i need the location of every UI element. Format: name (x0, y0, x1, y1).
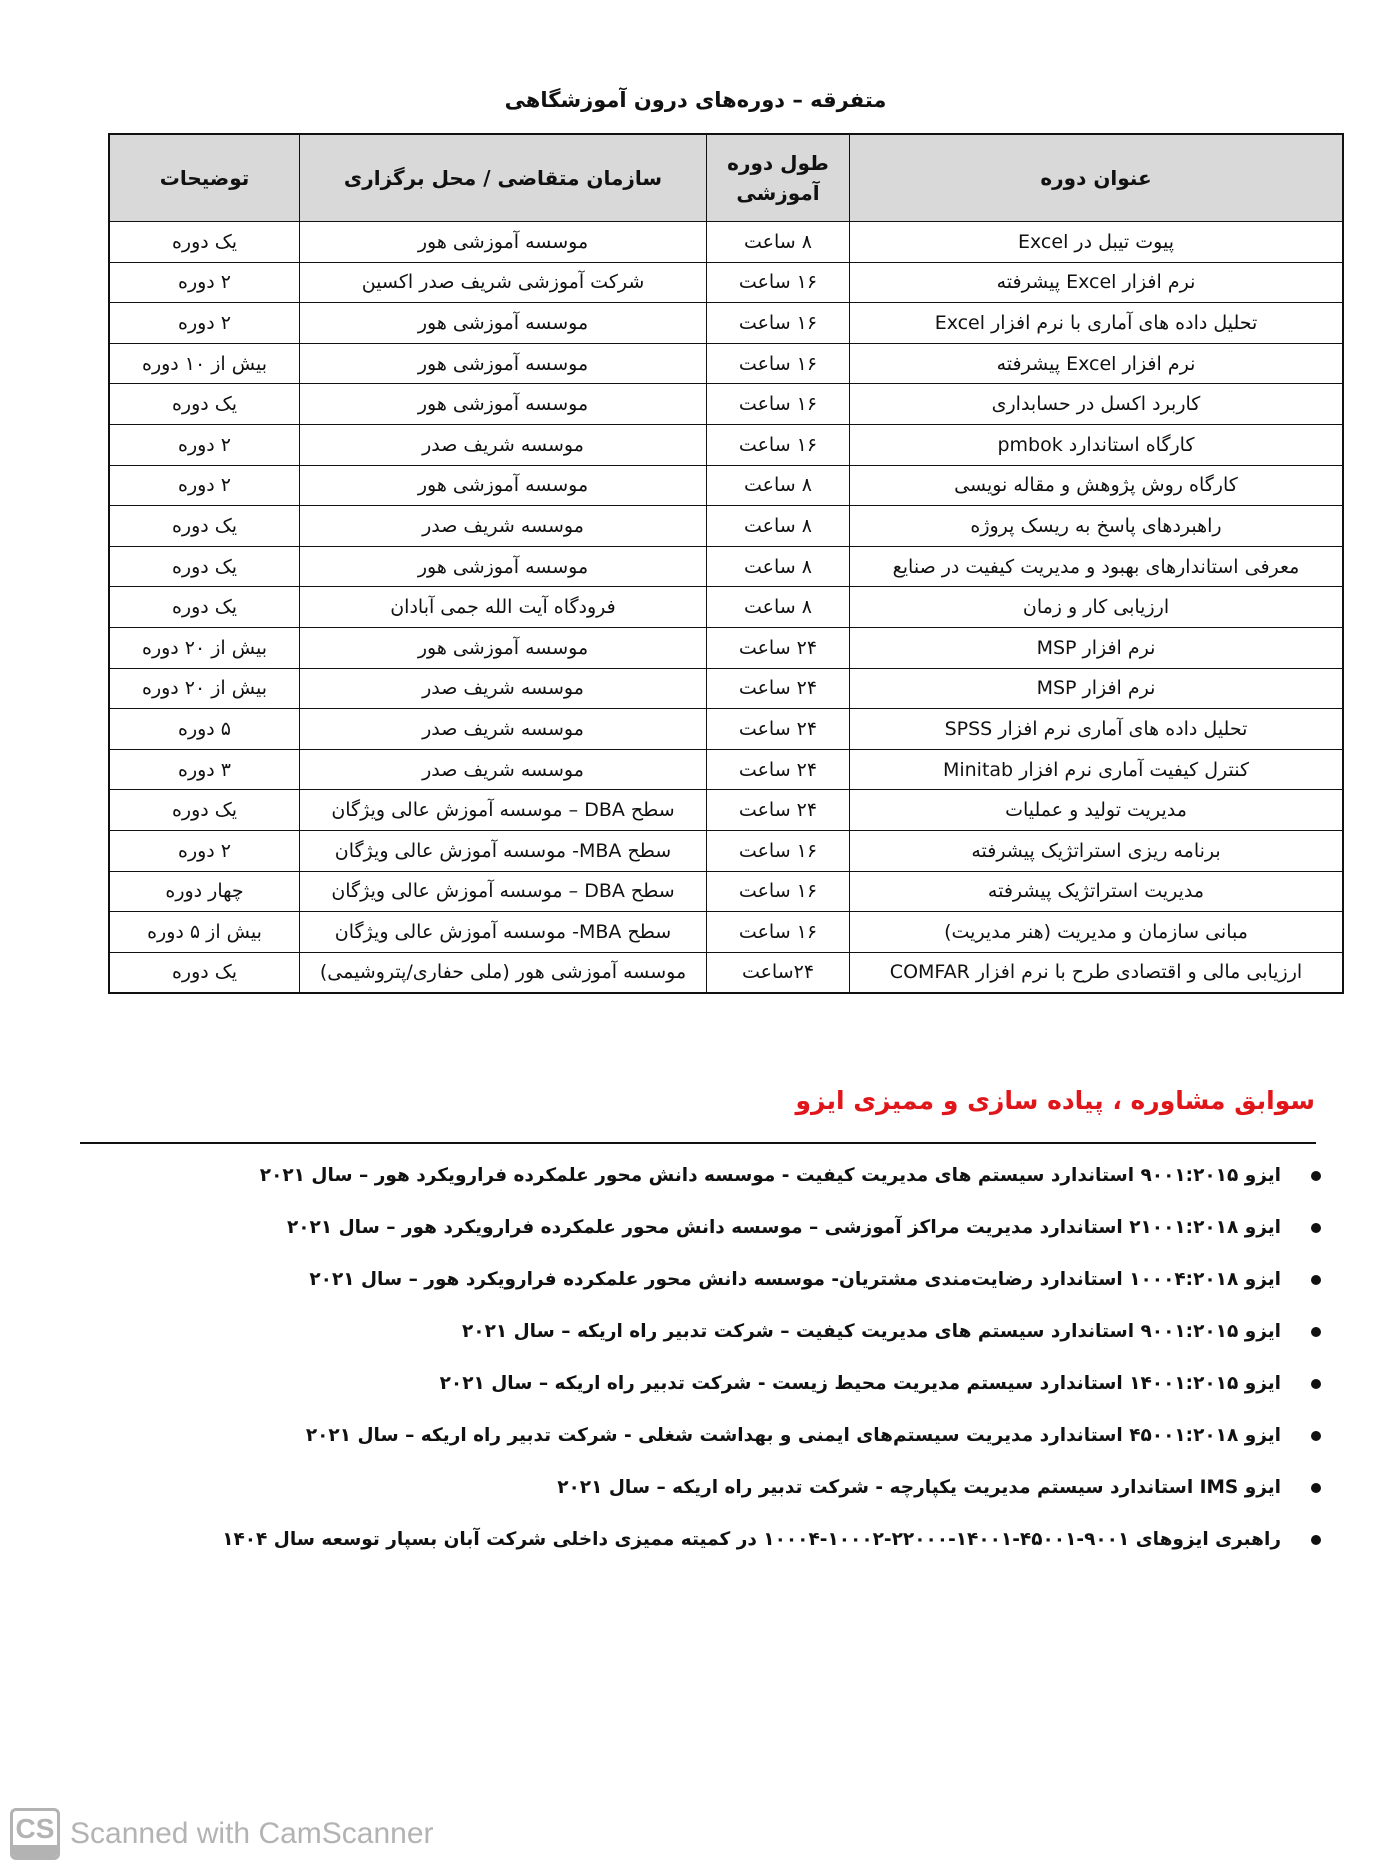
cell-course-title: برنامه ریزی استراتژیک پیشرفته (850, 830, 1344, 871)
cell-duration: ۲۴ ساعت (707, 668, 850, 709)
cell-organization: موسسه شریف صدر (300, 709, 707, 750)
cell-course-title: مدیریت تولید و عملیات (850, 790, 1344, 831)
table-row: ارزیابی مالی و اقتصادی طرح با نرم افزار … (109, 952, 1343, 993)
bullet-icon (1311, 1379, 1321, 1389)
cell-notes: ۲ دوره (109, 424, 300, 465)
cell-duration: ۲۴ ساعت (707, 749, 850, 790)
cell-notes: یک دوره (109, 790, 300, 831)
bullet-icon (1311, 1275, 1321, 1285)
cell-organization: سطح DBA – موسسه آموزش عالی ویژگان (300, 871, 707, 912)
table-row: معرفی استاندارهای بهبود و مدیریت کیفیت د… (109, 546, 1343, 587)
cell-duration: ۸ ساعت (707, 546, 850, 587)
cell-course-title: نرم افزار Excel پیشرفته (850, 343, 1344, 384)
cell-course-title: تحلیل داده های آماری نرم افزار SPSS (850, 709, 1344, 750)
list-item: راهبری ایزوهای ۹۰۰۱-۴۵۰۰۱-۱۴۰۰۱-۲۲۰۰۰-۱۰… (222, 1514, 1321, 1566)
cell-notes: یک دوره (109, 952, 300, 993)
list-item: ایزو ۹۰۰۱:۲۰۱۵ استاندارد سیستم های مدیری… (222, 1306, 1321, 1358)
cell-duration: ۸ ساعت (707, 465, 850, 506)
table-row: تحلیل داده های آماری نرم افزار SPSS۲۴ سا… (109, 709, 1343, 750)
table-row: نرم افزار MSP۲۴ ساعتموسسه شریف صدربیش از… (109, 668, 1343, 709)
bullet-icon (1311, 1171, 1321, 1181)
header-course-title: عنوان دوره (850, 134, 1344, 222)
cell-course-title: کارگاه روش پژوهش و مقاله نویسی (850, 465, 1344, 506)
table-row: راهبردهای پاسخ به ریسک پروژه۸ ساعتموسسه … (109, 506, 1343, 547)
cell-duration: ۱۶ ساعت (707, 384, 850, 425)
cell-duration: ۸ ساعت (707, 222, 850, 263)
table-row: تحلیل داده های آماری با نرم افزار Excel۱… (109, 303, 1343, 344)
cell-organization: فرودگاه آیت الله جمی آبادان (300, 587, 707, 628)
list-item: ایزو ۱۴۰۰۱:۲۰۱۵ استاندارد سیستم مدیریت م… (222, 1358, 1321, 1410)
cell-duration: ۸ ساعت (707, 506, 850, 547)
cell-course-title: نرم افزار MSP (850, 627, 1344, 668)
list-item-text: ایزو ۹۰۰۱:۲۰۱۵ استاندارد سیستم های مدیری… (260, 1150, 1281, 1202)
page-title: متفرقه – دوره‌های درون آموزشگاهی (0, 88, 1391, 112)
list-item-text: ایزو ۹۰۰۱:۲۰۱۵ استاندارد سیستم های مدیری… (462, 1306, 1281, 1358)
iso-section-heading: سوابق مشاوره ، پیاده سازی و ممیزی ایزو (795, 1086, 1315, 1115)
cell-organization: سطح MBA- موسسه آموزش عالی ویژگان (300, 830, 707, 871)
bullet-icon (1311, 1327, 1321, 1337)
cell-course-title: نرم افزار Excel پیشرفته (850, 262, 1344, 303)
cell-organization: موسسه شریف صدر (300, 506, 707, 547)
table-row: برنامه ریزی استراتژیک پیشرفته۱۶ ساعتسطح … (109, 830, 1343, 871)
table-row: پیوت تیبل در Excel۸ ساعتموسسه آموزشی هور… (109, 222, 1343, 263)
cell-course-title: مدیریت استراتژیک پیشرفته (850, 871, 1344, 912)
table-row: کارگاه استاندارد pmbok۱۶ ساعتموسسه شریف … (109, 424, 1343, 465)
cell-duration: ۱۶ ساعت (707, 830, 850, 871)
list-item: ایزو ۴۵۰۰۱:۲۰۱۸ استاندارد مدیریت سیستم‌ه… (222, 1410, 1321, 1462)
cell-organization: سطح DBA – موسسه آموزش عالی ویژگان (300, 790, 707, 831)
cell-organization: سطح MBA- موسسه آموزش عالی ویژگان (300, 912, 707, 953)
cell-course-title: پیوت تیبل در Excel (850, 222, 1344, 263)
cell-course-title: تحلیل داده های آماری با نرم افزار Excel (850, 303, 1344, 344)
cell-duration: ۱۶ ساعت (707, 303, 850, 344)
cell-duration: ۸ ساعت (707, 587, 850, 628)
table-row: کارگاه روش پژوهش و مقاله نویسی۸ ساعتموسس… (109, 465, 1343, 506)
cell-course-title: کنترل کیفیت آماری نرم افزار Minitab (850, 749, 1344, 790)
cell-course-title: کارگاه استاندارد pmbok (850, 424, 1344, 465)
list-item-text: ایزو ۱۴۰۰۱:۲۰۱۵ استاندارد سیستم مدیریت م… (440, 1358, 1281, 1410)
cell-notes: یک دوره (109, 506, 300, 547)
list-item-text: ایزو ۲۱۰۰۱:۲۰۱۸ استاندارد مدیریت مراکز آ… (287, 1202, 1281, 1254)
cell-duration: ۱۶ ساعت (707, 912, 850, 953)
cell-organization: شرکت آموزشی شریف صدر اکسین (300, 262, 707, 303)
table-row: کاربرد اکسل در حسابداری۱۶ ساعتموسسه آموز… (109, 384, 1343, 425)
table-row: مدیریت استراتژیک پیشرفته۱۶ ساعتسطح DBA –… (109, 871, 1343, 912)
cell-organization: موسسه شریف صدر (300, 668, 707, 709)
cell-notes: ۵ دوره (109, 709, 300, 750)
header-duration: طول دوره آموزشی (707, 134, 850, 222)
cell-notes: چهار دوره (109, 871, 300, 912)
bullet-icon (1311, 1431, 1321, 1441)
cell-notes: بیش از ۲۰ دوره (109, 668, 300, 709)
cell-course-title: ارزیابی مالی و اقتصادی طرح با نرم افزار … (850, 952, 1344, 993)
cell-notes: ۳ دوره (109, 749, 300, 790)
cell-notes: بیش از ۲۰ دوره (109, 627, 300, 668)
cell-notes: بیش از ۱۰ دوره (109, 343, 300, 384)
cell-notes: ۲ دوره (109, 262, 300, 303)
bullet-icon (1311, 1483, 1321, 1493)
list-item: ایزو IMS استاندارد سیستم مدیریت یکپارچه … (222, 1462, 1321, 1514)
table-row: مدیریت تولید و عملیات۲۴ ساعتسطح DBA – مو… (109, 790, 1343, 831)
list-item-text: ایزو ۴۵۰۰۱:۲۰۱۸ استاندارد مدیریت سیستم‌ه… (306, 1410, 1281, 1462)
cell-duration: ۲۴ ساعت (707, 790, 850, 831)
bullet-icon (1311, 1223, 1321, 1233)
cell-organization: موسسه آموزشی هور (300, 343, 707, 384)
cell-organization: موسسه شریف صدر (300, 749, 707, 790)
header-organization: سازمان متقاضی / محل برگزاری (300, 134, 707, 222)
cell-organization: موسسه آموزشی هور (ملی حفاری/پتروشیمی) (300, 952, 707, 993)
cell-organization: موسسه آموزشی هور (300, 384, 707, 425)
cell-organization: موسسه آموزشی هور (300, 222, 707, 263)
cell-organization: موسسه آموزشی هور (300, 465, 707, 506)
cell-notes: یک دوره (109, 587, 300, 628)
cell-duration: ۱۶ ساعت (707, 871, 850, 912)
cell-course-title: راهبردهای پاسخ به ریسک پروژه (850, 506, 1344, 547)
cell-notes: ۲ دوره (109, 830, 300, 871)
cell-course-title: مبانی سازمان و مدیریت (هنر مدیریت) (850, 912, 1344, 953)
list-item: ایزو ۲۱۰۰۱:۲۰۱۸ استاندارد مدیریت مراکز آ… (222, 1202, 1321, 1254)
cell-organization: موسسه آموزشی هور (300, 627, 707, 668)
cell-organization: موسسه آموزشی هور (300, 303, 707, 344)
table-row: کنترل کیفیت آماری نرم افزار Minitab۲۴ سا… (109, 749, 1343, 790)
list-item: ایزو ۱۰۰۰۴:۲۰۱۸ استاندارد رضایت‌مندی مشت… (222, 1254, 1321, 1306)
cell-notes: ۲ دوره (109, 303, 300, 344)
section-divider (80, 1142, 1316, 1144)
table-row: نرم افزار Excel پیشرفته۱۶ ساعتموسسه آموز… (109, 343, 1343, 384)
cell-course-title: معرفی استاندارهای بهبود و مدیریت کیفیت د… (850, 546, 1344, 587)
cell-notes: یک دوره (109, 546, 300, 587)
cell-course-title: ارزیابی کار و زمان (850, 587, 1344, 628)
table-row: نرم افزار MSP۲۴ ساعتموسسه آموزشی هوربیش … (109, 627, 1343, 668)
cell-notes: ۲ دوره (109, 465, 300, 506)
cell-duration: ۱۶ ساعت (707, 262, 850, 303)
list-item: ایزو ۹۰۰۱:۲۰۱۵ استاندارد سیستم های مدیری… (222, 1150, 1321, 1202)
cell-notes: یک دوره (109, 222, 300, 263)
list-item-text: راهبری ایزوهای ۹۰۰۱-۴۵۰۰۱-۱۴۰۰۱-۲۲۰۰۰-۱۰… (222, 1514, 1281, 1566)
cell-notes: بیش از ۵ دوره (109, 912, 300, 953)
table-header-row: عنوان دوره طول دوره آموزشی سازمان متقاضی… (109, 134, 1343, 222)
cell-duration: ۲۴ ساعت (707, 709, 850, 750)
cell-organization: موسسه شریف صدر (300, 424, 707, 465)
list-item-text: ایزو IMS استاندارد سیستم مدیریت یکپارچه … (557, 1462, 1281, 1514)
header-notes: توضیحات (109, 134, 300, 222)
camscanner-watermark: CS Scanned with CamScanner (10, 1808, 434, 1860)
table-row: نرم افزار Excel پیشرفته۱۶ ساعتشرکت آموزش… (109, 262, 1343, 303)
cell-duration: ۱۶ ساعت (707, 343, 850, 384)
bullet-icon (1311, 1535, 1321, 1545)
watermark-text: Scanned with CamScanner (70, 1817, 434, 1851)
iso-list: ایزو ۹۰۰۱:۲۰۱۵ استاندارد سیستم های مدیری… (222, 1150, 1321, 1566)
table-row: مبانی سازمان و مدیریت (هنر مدیریت)۱۶ ساع… (109, 912, 1343, 953)
cell-course-title: کاربرد اکسل در حسابداری (850, 384, 1344, 425)
cell-duration: ۲۴ساعت (707, 952, 850, 993)
cell-course-title: نرم افزار MSP (850, 668, 1344, 709)
camscanner-logo-icon: CS (10, 1808, 60, 1860)
cell-duration: ۲۴ ساعت (707, 627, 850, 668)
cell-notes: یک دوره (109, 384, 300, 425)
table-row: ارزیابی کار و زمان۸ ساعتفرودگاه آیت الله… (109, 587, 1343, 628)
cell-organization: موسسه آموزشی هور (300, 546, 707, 587)
cell-duration: ۱۶ ساعت (707, 424, 850, 465)
list-item-text: ایزو ۱۰۰۰۴:۲۰۱۸ استاندارد رضایت‌مندی مشت… (309, 1254, 1281, 1306)
courses-table: عنوان دوره طول دوره آموزشی سازمان متقاضی… (108, 133, 1344, 994)
